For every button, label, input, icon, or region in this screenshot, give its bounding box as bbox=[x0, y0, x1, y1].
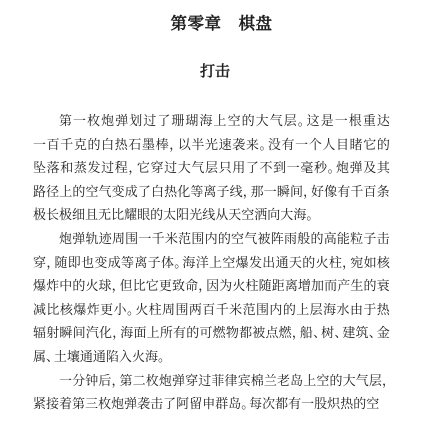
punctuation: ， bbox=[382, 373, 395, 388]
punctuation: ， bbox=[342, 255, 355, 270]
punctuation: 。 bbox=[158, 349, 171, 364]
punctuation: ， bbox=[169, 137, 183, 152]
punctuation: 。 bbox=[328, 160, 342, 175]
paragraph: 一分钟后，第二枚炮弹穿过菲律宾棉兰老岛上空的大气层，紧接着第三枚炮弹袭击了阿留申… bbox=[33, 369, 390, 416]
text-line: 穿，随即也变成等离子体。海洋上空爆发出通天的火柱，宛如核 bbox=[33, 251, 390, 275]
paragraph: 炮弹轨迹周围一千米范围内的空气被阵雨般的高能粒子击穿，随即也变成等离子体。海洋上… bbox=[33, 227, 390, 369]
punctuation: 。 bbox=[259, 137, 273, 152]
punctuation: 。 bbox=[174, 255, 187, 270]
text-line: 减比核爆炸更小。火柱周围两百千米范围内的上层海水由于热 bbox=[33, 298, 390, 322]
body-text: 第一枚炮弹划过了珊瑚海上空的大气层。这是一根重达一百千克的白热石墨棒，以半光速袭… bbox=[33, 109, 390, 416]
punctuation: 。 bbox=[127, 302, 140, 317]
punctuation: ， bbox=[112, 278, 125, 293]
punctuation: 。 bbox=[298, 113, 312, 128]
text-line: 紧接着第三枚炮弹袭击了阿留申群岛。每次都有一股炽热的空 bbox=[33, 392, 390, 416]
punctuation: 、 bbox=[369, 325, 382, 340]
book-page: 第零章 棋盘 打击 第一枚炮弹划过了珊瑚海上空的大气层。这是一根重达一百千克的白… bbox=[0, 0, 423, 437]
paragraph: 第一枚炮弹划过了珊瑚海上空的大气层。这是一根重达一百千克的白热石墨棒，以半光速袭… bbox=[33, 109, 390, 227]
text-line: 炮弹轨迹周围一千米范围内的空气被阵雨般的高能粒子击 bbox=[33, 227, 390, 251]
punctuation: ， bbox=[303, 184, 316, 199]
text-line: 一分钟后，第二枚炮弹穿过菲律宾棉兰老岛上空的大气层， bbox=[33, 369, 390, 393]
section-title: 打击 bbox=[0, 62, 423, 82]
text-line: 第一枚炮弹划过了珊瑚海上空的大气层。这是一根重达 bbox=[33, 109, 390, 133]
text-line: 爆炸中的火球，但比它更致命，因为火柱随距离增加而产生的衰 bbox=[33, 274, 390, 298]
punctuation: ， bbox=[292, 325, 305, 340]
punctuation: ， bbox=[112, 373, 125, 388]
punctuation: ， bbox=[243, 184, 256, 199]
text-line: 极长极细且无比耀眼的太阳光线从天空洒向大海。 bbox=[33, 203, 390, 227]
text-line: 路径上的空气变成了白热化等离子线，那一瞬间，好像有千百条 bbox=[33, 180, 390, 204]
punctuation: ， bbox=[198, 278, 211, 293]
text-line: 辐射瞬间汽化，海面上所有的可燃物都被点燃，船、树、建筑、金 bbox=[33, 321, 390, 345]
text-line: 一百千克的白热石墨棒，以半光速袭来。没有一个人目睹它的 bbox=[33, 133, 390, 157]
chapter-title: 第零章 棋盘 bbox=[0, 13, 423, 35]
punctuation: 、 bbox=[313, 325, 326, 340]
text-line: 坠落和蒸发过程，它穿过大气层只用了不到一毫秒。炮弹及其 bbox=[33, 156, 390, 180]
punctuation: 、 bbox=[334, 325, 347, 340]
punctuation: ， bbox=[128, 160, 142, 175]
punctuation: 。 bbox=[241, 396, 254, 411]
punctuation: 、 bbox=[46, 349, 59, 364]
punctuation: ， bbox=[46, 255, 59, 270]
text-line: 属、土壤通通陷入火海。 bbox=[33, 345, 390, 369]
punctuation: ， bbox=[112, 325, 125, 340]
punctuation: 。 bbox=[306, 207, 319, 222]
